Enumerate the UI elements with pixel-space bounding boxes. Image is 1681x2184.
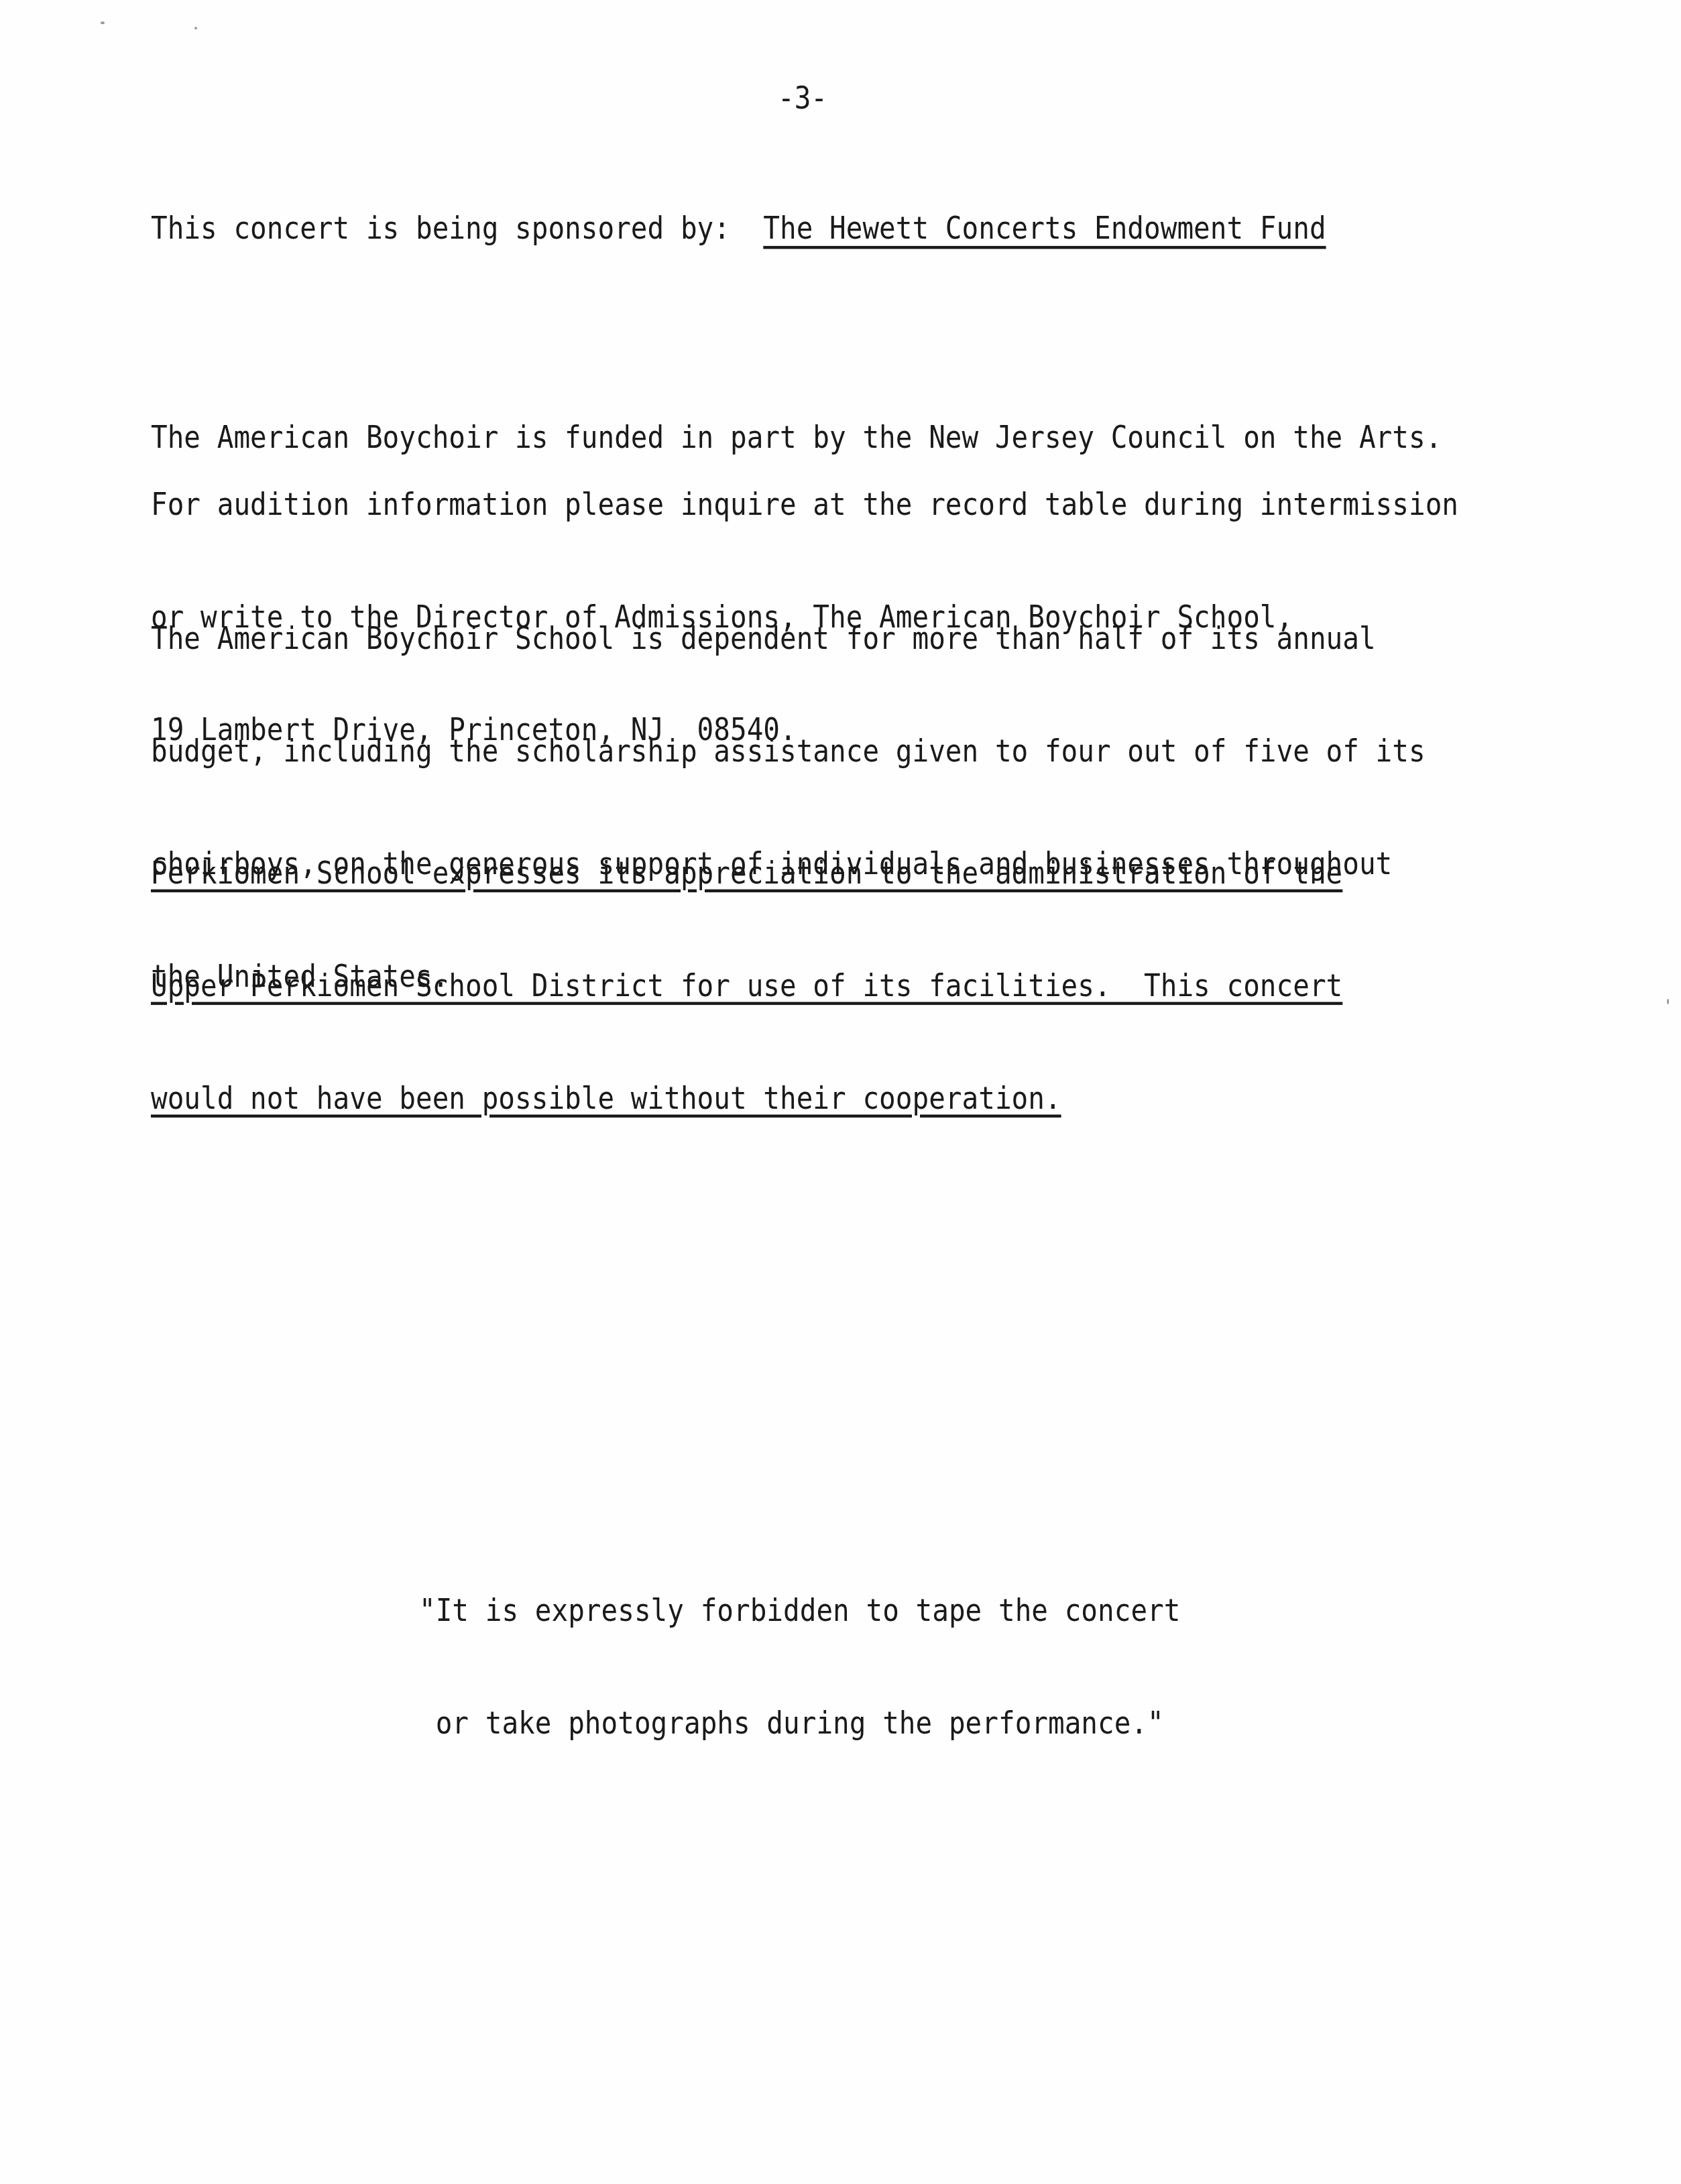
sponsor-line: This concert is being sponsored by: The … bbox=[151, 209, 1326, 247]
page-number: -3- bbox=[778, 79, 827, 117]
notice-line: or take photographs during the performan… bbox=[419, 1704, 1180, 1742]
sponsor-label: This concert is being sponsored by: bbox=[151, 210, 763, 246]
paragraph-line: The American Boychoir School is dependen… bbox=[151, 619, 1426, 657]
acknowledgement-paragraph: Perkiomen School expresses its appreciat… bbox=[151, 779, 1342, 1192]
acknowledgement-line: Perkiomen School expresses its appreciat… bbox=[151, 854, 1342, 892]
document-page: -3- This concert is being sponsored by: … bbox=[0, 0, 1681, 2184]
paragraph-line: For audition information please inquire … bbox=[151, 485, 1458, 523]
scan-speck bbox=[1667, 999, 1669, 1004]
recording-notice: "It is expressly forbidden to tape the c… bbox=[419, 1516, 1180, 1817]
acknowledgement-line: Upper Perkiomen School District for use … bbox=[151, 967, 1342, 1004]
notice-line: "It is expressly forbidden to tape the c… bbox=[419, 1591, 1180, 1629]
scan-speck bbox=[194, 27, 197, 29]
acknowledgement-line: would not have been possible without the… bbox=[151, 1079, 1342, 1117]
paragraph-line: budget, including the scholarship assist… bbox=[151, 732, 1426, 770]
scan-speck bbox=[101, 21, 105, 24]
sponsor-name: The Hewett Concerts Endowment Fund bbox=[763, 210, 1326, 246]
